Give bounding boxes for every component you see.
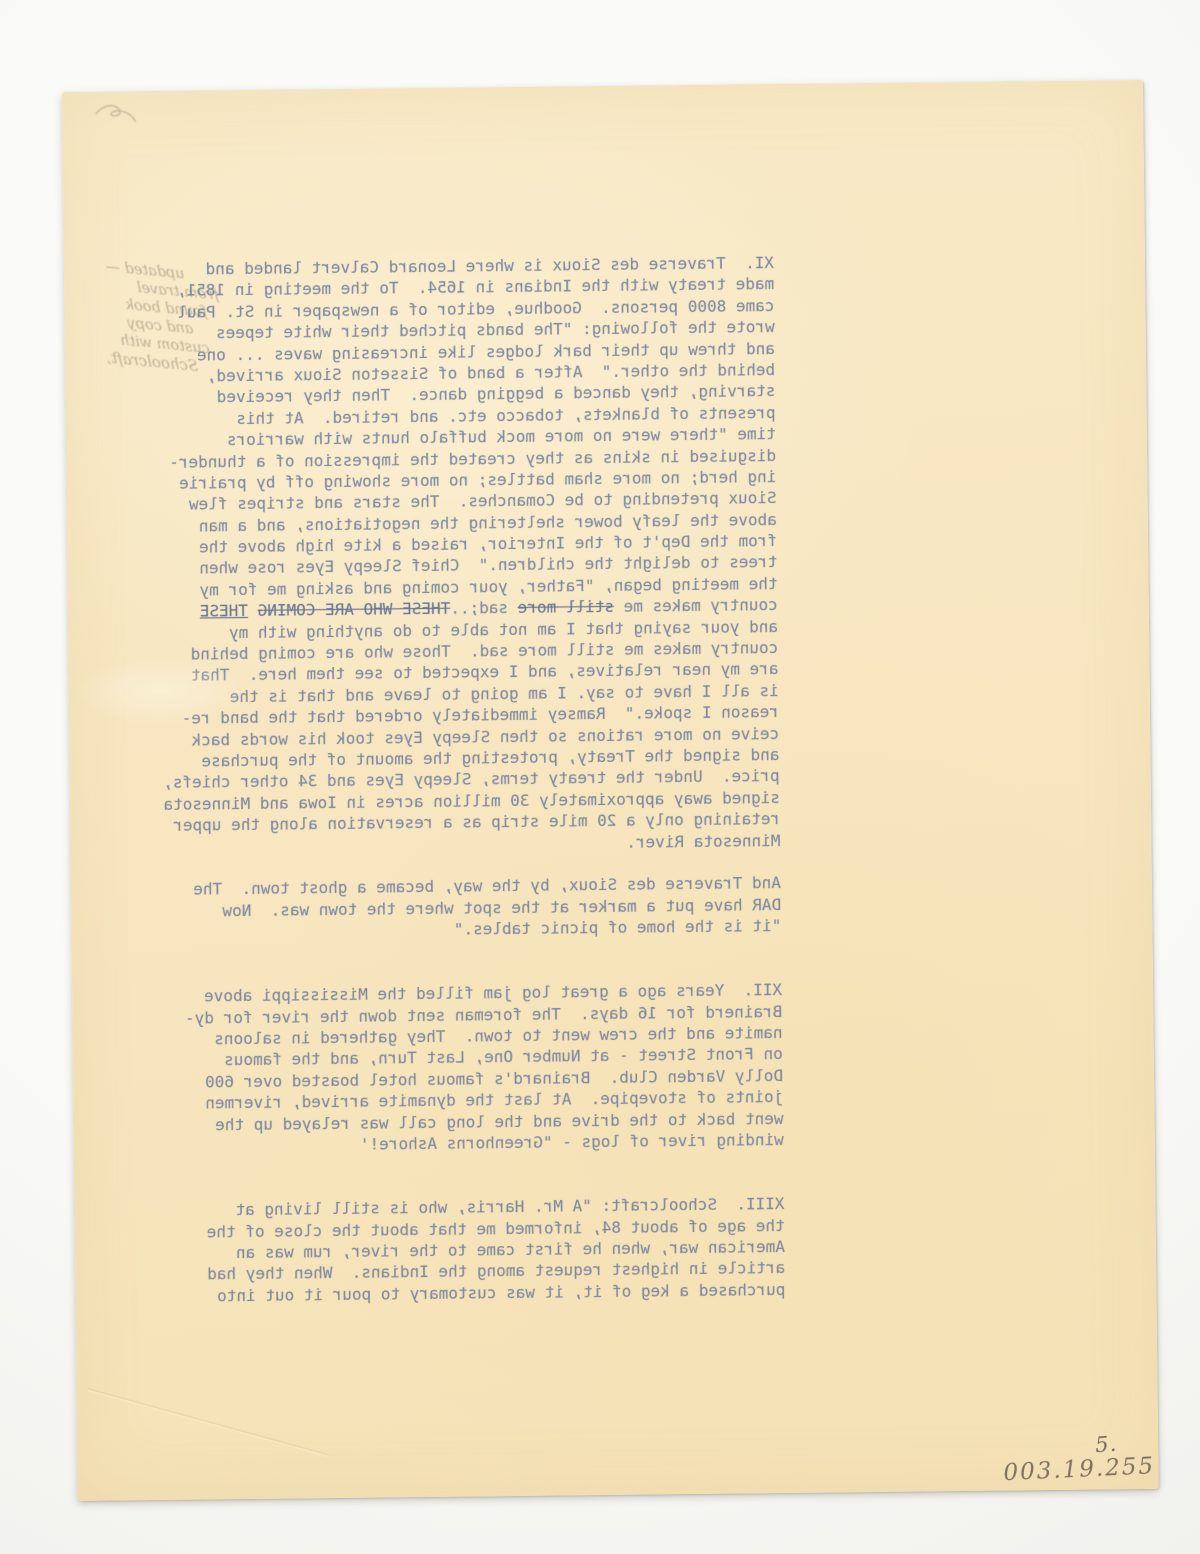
typed-segment-strike: still more bbox=[518, 597, 615, 617]
typed-segment-normal: sad;.. bbox=[450, 598, 518, 618]
typed-text-mirrored: XI. Traverse des Sioux is where Leonard … bbox=[134, 252, 786, 1307]
page-number-pencil: 5. bbox=[1094, 1432, 1118, 1457]
paper-sheet: updated —from travelfound bookand copycu… bbox=[62, 80, 1159, 1501]
typed-segment-normal bbox=[248, 601, 258, 620]
pencil-squiggle-mark bbox=[92, 99, 140, 130]
typed-segment-strike: THESE WHO ARE COMING bbox=[258, 599, 451, 620]
typed-segment-underline: THESE bbox=[200, 601, 248, 621]
catalog-number-pencil: 003.19.255 bbox=[1003, 1453, 1156, 1486]
typed-segment-normal: country makes me bbox=[614, 595, 778, 616]
scanner-background: updated —from travelfound bookand copycu… bbox=[0, 0, 1200, 1554]
paper-crease-bottom-left bbox=[87, 1387, 329, 1457]
